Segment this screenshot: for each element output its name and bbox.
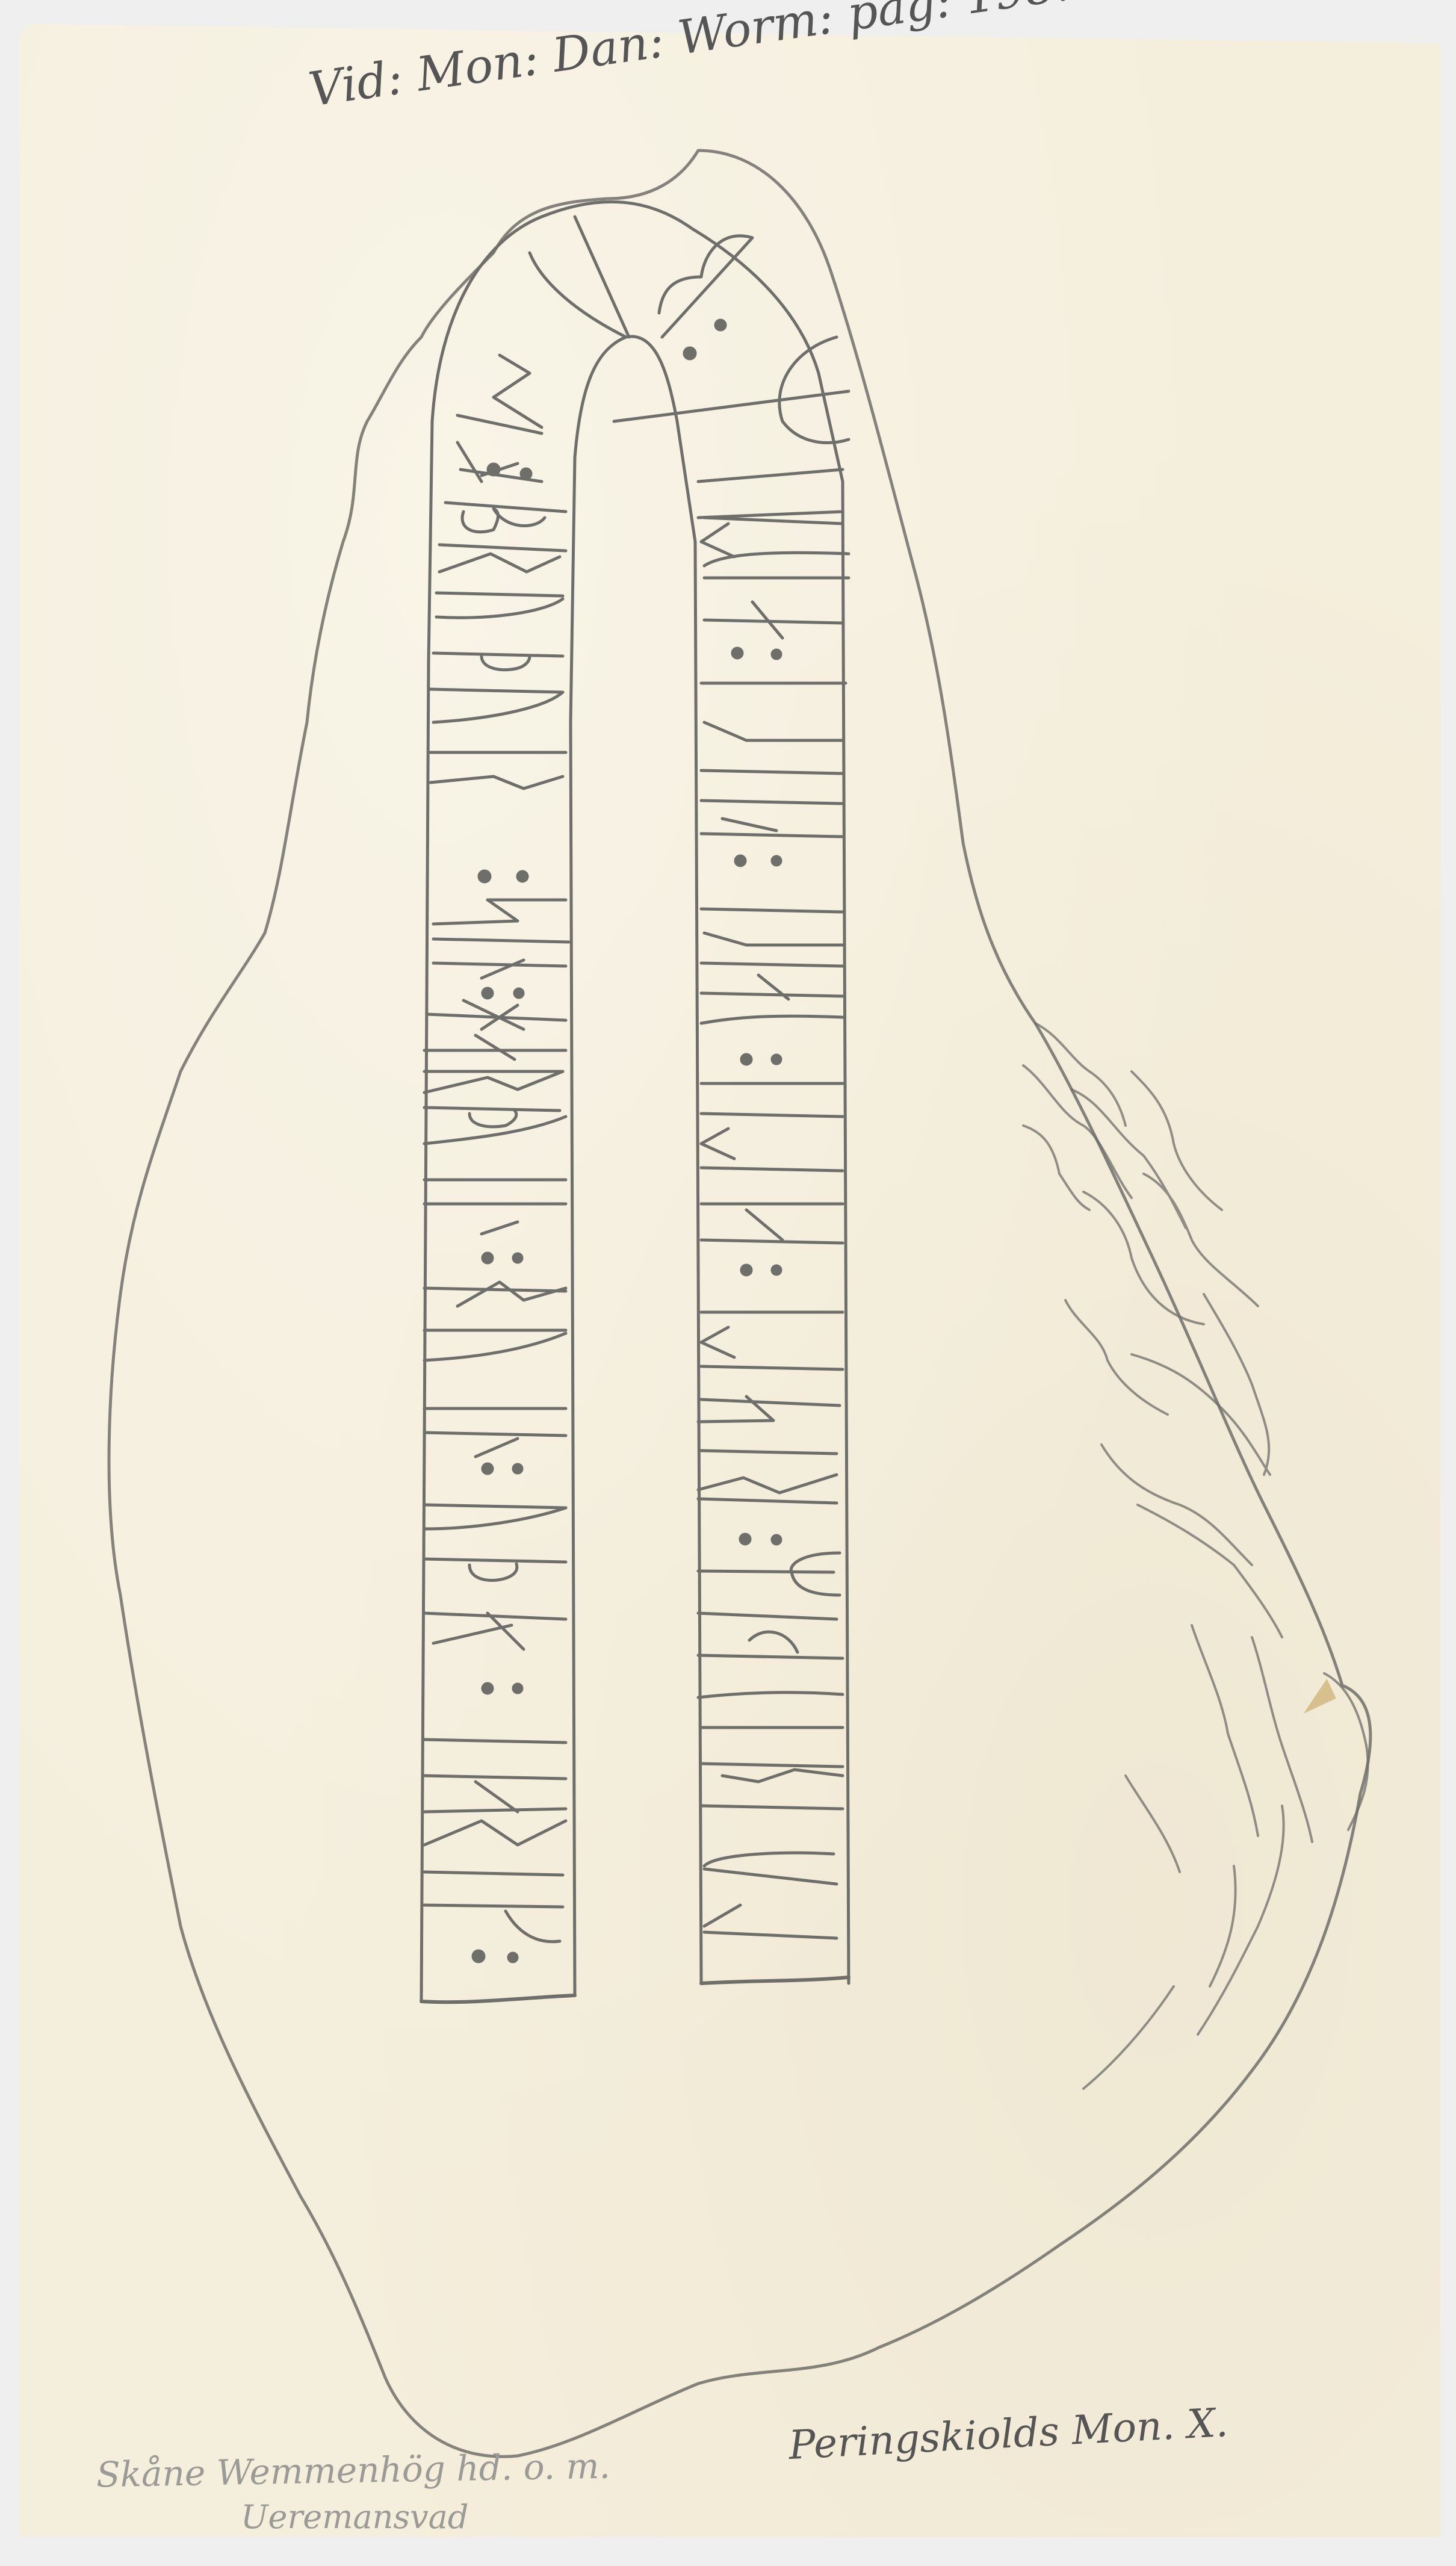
left-band-bottom <box>421 1995 575 2002</box>
location-note-line2: Ueremansvad <box>241 2498 468 2536</box>
arch-inner <box>571 336 701 1995</box>
stone-outline <box>109 150 1371 2456</box>
runestone-drawing <box>0 0 1456 2566</box>
left-band-runes <box>424 355 569 1962</box>
right-band-bottom <box>701 1977 849 1983</box>
rock-shading <box>1023 1023 1368 2089</box>
right-band-runes <box>698 470 849 1938</box>
